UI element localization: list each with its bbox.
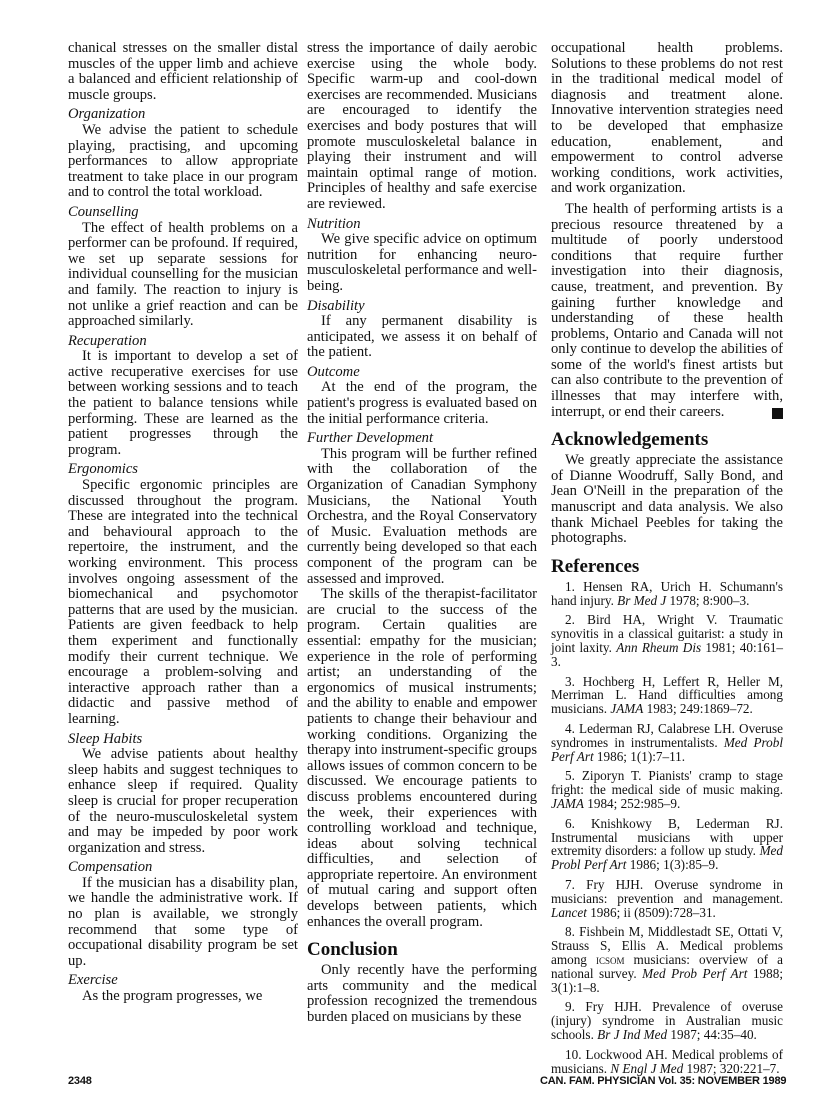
paragraph-organization: We advise the patient to schedule playin… <box>68 123 298 201</box>
reference-item: 6. Knishkowy B, Lederman RJ. Instrumenta… <box>551 817 783 872</box>
paragraph-ergonomics: Specific ergonomic principles are discus… <box>68 478 298 728</box>
subheading-compensation: Compensation <box>68 860 298 876</box>
column-1: chanical stresses on the smaller distal … <box>68 41 298 1005</box>
paragraph-conclusion: Only recently have the performing arts c… <box>307 963 537 1025</box>
paragraph: chanical stresses on the smaller distal … <box>68 41 298 103</box>
subheading-recuperation: Recuperation <box>68 334 298 350</box>
paragraph: occupational health problems. Solutions … <box>551 41 783 197</box>
reference-item: 9. Fry HJH. Prevalence of overuse (injur… <box>551 1000 783 1041</box>
reference-item: 3. Hochberg H, Leffert R, Heller M, Merr… <box>551 675 783 716</box>
reference-item: 7. Fry HJH. Overuse syndrome in musician… <box>551 878 783 919</box>
paragraph-compensation: If the musician has a disability plan, w… <box>68 876 298 970</box>
paragraph-skills: The skills of the therapist-facilitator … <box>307 587 537 930</box>
heading-references: References <box>551 556 783 578</box>
subheading-organization: Organization <box>68 107 298 123</box>
paragraph-disability: If any permanent disability is anticipat… <box>307 314 537 361</box>
subheading-further-development: Further Development <box>307 431 537 447</box>
heading-acknowledgements: Acknowledgements <box>551 429 783 451</box>
end-of-article-mark-icon <box>772 408 783 419</box>
paragraph-recuperation: It is important to develop a set of acti… <box>68 349 298 458</box>
paragraph-sleep-habits: We advise patients about healthy sleep h… <box>68 747 298 856</box>
paragraph-exercise: As the program progresses, we <box>68 989 298 1005</box>
paragraph-counselling: The effect of health problems on a perfo… <box>68 221 298 330</box>
reference-item: 1. Hensen RA, Urich H. Schumann's hand i… <box>551 580 783 608</box>
paragraph-closing-text: The health of performing artists is a pr… <box>551 201 783 420</box>
subheading-sleep-habits: Sleep Habits <box>68 732 298 748</box>
subheading-disability: Disability <box>307 299 537 315</box>
reference-item: 2. Bird HA, Wright V. Traumatic synoviti… <box>551 613 783 668</box>
subheading-outcome: Outcome <box>307 365 537 381</box>
page-number: 2348 <box>68 1075 92 1087</box>
paragraph-closing: The health of performing artists is a pr… <box>551 202 783 420</box>
subheading-exercise: Exercise <box>68 973 298 989</box>
paragraph-outcome: At the end of the program, the patient's… <box>307 380 537 427</box>
column-2: stress the importance of daily aerobic e… <box>307 41 537 1026</box>
reference-item: 4. Lederman RJ, Calabrese LH. Overuse sy… <box>551 722 783 763</box>
paragraph-nutrition: We give specific advice on optimum nutri… <box>307 232 537 294</box>
subheading-counselling: Counselling <box>68 205 298 221</box>
heading-conclusion: Conclusion <box>307 939 537 961</box>
reference-list: 1. Hensen RA, Urich H. Schumann's hand i… <box>551 580 783 1076</box>
paragraph-acknowledgements: We greatly appreciate the assistance of … <box>551 453 783 547</box>
subheading-ergonomics: Ergonomics <box>68 462 298 478</box>
reference-item: 10. Lockwood AH. Medical problems of mus… <box>551 1048 783 1076</box>
paragraph-further-development: This program will be further refined wit… <box>307 447 537 587</box>
paragraph: stress the importance of daily aerobic e… <box>307 41 537 213</box>
reference-item: 5. Ziporyn T. Pianists' cramp to stage f… <box>551 769 783 810</box>
reference-item: 8. Fishbein M, Middlestadt SE, Ottati V,… <box>551 925 783 994</box>
running-footer: CAN. FAM. PHYSICIAN Vol. 35: NOVEMBER 19… <box>540 1075 786 1087</box>
subheading-nutrition: Nutrition <box>307 217 537 233</box>
column-3: occupational health problems. Solutions … <box>551 41 783 1081</box>
